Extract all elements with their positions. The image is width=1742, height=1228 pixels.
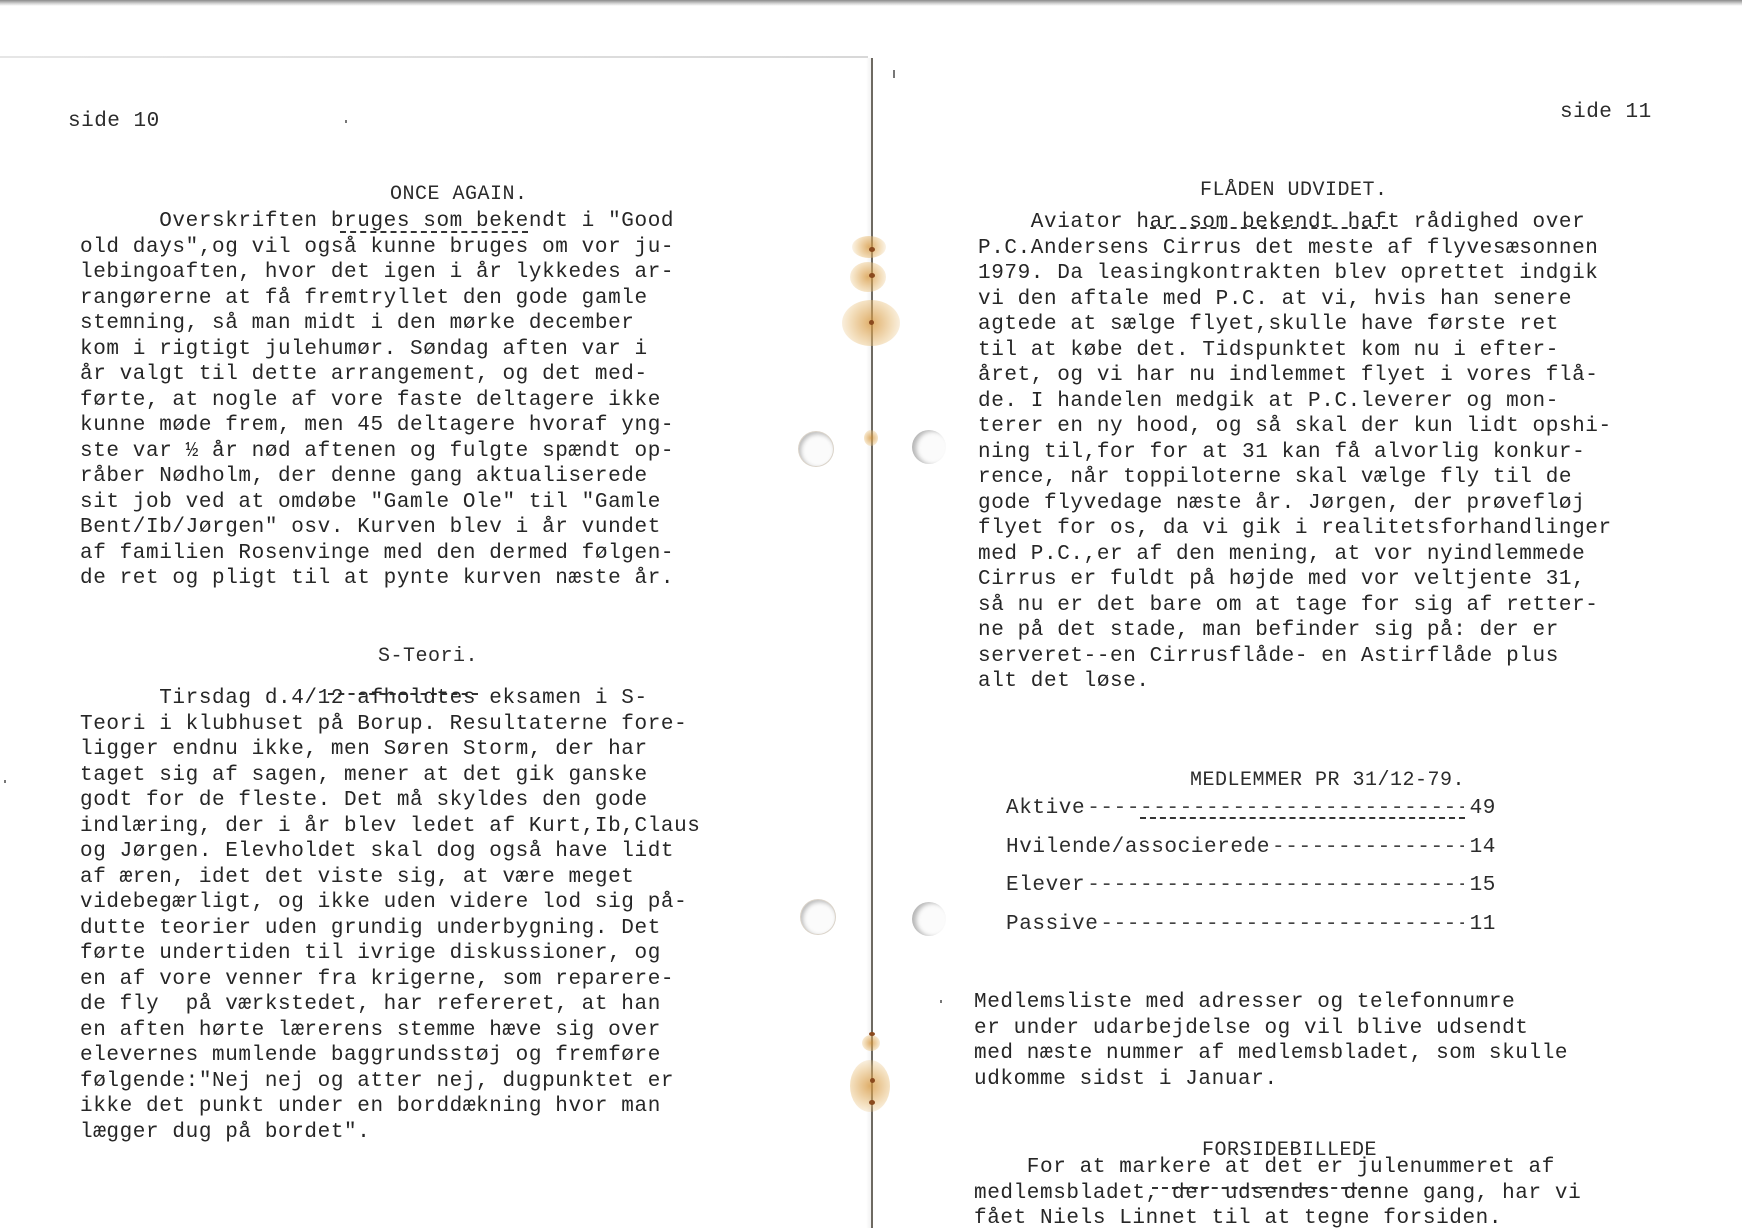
text-line: førte, at nogle af vore faste deltagere … [80,388,674,414]
punch-hole [801,900,835,934]
text-line: elevernes mumlende baggrundsstøj og frem… [80,1043,701,1069]
rust-stain [862,1035,880,1051]
member-row: Elever----------------------------------… [1006,867,1496,906]
staple-rust [869,320,874,325]
text-line: terer en ny hood, og så skal der kun lid… [978,414,1612,440]
text-line: vi den aftale med P.C. at vi, hvis han s… [978,287,1612,313]
dust-speck [940,1000,942,1003]
text-line: alt det løse. [978,669,1612,695]
text-line: medlemsbladet, der udsendes denne gang, … [974,1181,1581,1207]
text-line: de. I handelen medgik at P.C.leverer og … [978,389,1612,415]
text-line: flyet for os, da vi gik i realitetsforha… [978,516,1612,542]
text-line: ikke det punkt under en borddækning hvor… [80,1094,701,1120]
page-number: side 10 [68,110,160,133]
leader-dashes: ----------------------------------------… [1272,829,1464,868]
text-line: og Jørgen. Elevholdet skal dog også have… [80,839,701,865]
member-count: 14 [1470,829,1496,868]
text-line: en aften hørte lærerens stemme hæve sig … [80,1018,701,1044]
text-line: en af vore venner fra krigerne, som repa… [80,967,701,993]
text-line: udkomme sidst i Januar. [974,1067,1568,1093]
member-row: Passive---------------------------------… [1006,906,1496,945]
text-line: 1979. Da leasingkontrakten blev oprettet… [978,261,1612,287]
text-line: år valgt til dette arrangement, og det m… [80,362,674,388]
text-line: old days",og vil også kunne bruges om vo… [80,235,674,261]
text-line: året, og vi har nu indlemmet flyet i vor… [978,363,1612,389]
article-body: Medlemsliste med adresser og telefonnumr… [974,990,1568,1092]
left-page-top-edge [0,56,868,58]
leader-dashes: ----------------------------------------… [1087,867,1463,906]
text-line: kom i rigtigt julehumør. Søndag aften va… [80,337,674,363]
text-line: med næste nummer af medlemsbladet, som s… [974,1041,1568,1067]
text-line: Overskriften bruges som bekendt i "Good [80,209,674,235]
heading-text: ONCE AGAIN. [390,183,528,206]
text-line: stemning, så man midt i den mørke decemb… [80,311,674,337]
text-line: de ret og pligt til at pynte kurven næst… [80,566,674,592]
dust-speck [345,120,347,123]
article-body: For at markere at det er julenummeret af… [974,1155,1581,1228]
staple-rust [869,1032,875,1036]
rust-stain [864,430,878,446]
dust-speck [893,70,895,78]
member-row: Aktive----------------------------------… [1006,790,1496,829]
staple-rust [869,247,875,252]
punch-hole [799,432,833,466]
text-line: til at købe det. Tidspunktet kom nu i ef… [978,338,1612,364]
member-category: Hvilende/associerede [1006,829,1270,868]
booklet-spine [871,58,873,1228]
text-line: rence, når toppiloterne skal vælge fly t… [978,465,1612,491]
text-line: Tirsdag d.4/12 afholdtes eksamen i S- [80,686,701,712]
text-line: Aviator har som bekendt haft rådighed ov… [978,210,1612,236]
staple-rust [869,1100,875,1105]
member-count: 15 [1470,867,1496,906]
article-body: Aviator har som bekendt haft rådighed ov… [978,210,1612,695]
text-line: ning til,for for at 31 kan få alvorlig k… [978,440,1612,466]
text-line: Teori i klubhuset på Borup. Resultaterne… [80,712,701,738]
text-line: gode flyvedage næste år. Jørgen, der prø… [978,491,1612,517]
text-line: sit job ved at omdøbe "Gamle Ole" til "G… [80,490,674,516]
text-line: Cirrus er fuldt på højde med vor veltjen… [978,567,1612,593]
text-line: ne på det stade, man befinder sig på: de… [978,618,1612,644]
heading-text: MEDLEMMER PR 31/12-79. [1190,769,1465,792]
text-line: serveret--en Cirrusflåde- en Astirflåde … [978,644,1612,670]
text-line: med P.C.,er af den mening, at vor nyindl… [978,542,1612,568]
dust-speck [4,780,6,783]
text-line: så nu er det bare om at tage for sig af … [978,593,1612,619]
leader-dashes: ----------------------------------------… [1100,906,1463,945]
staple-rust [870,1078,875,1083]
member-category: Passive [1006,906,1098,945]
text-line: videbegærligt, og ikke uden videre lod s… [80,890,701,916]
text-line: følgende:"Nej nej og atter nej, dugpunkt… [80,1069,701,1095]
text-line: P.C.Andersens Cirrus det meste af flyves… [978,236,1612,262]
text-line: taget sig af sagen, mener at det gik gan… [80,763,701,789]
text-line: råber Nødholm, der denne gang aktualiser… [80,464,674,490]
article-body: Overskriften bruges som bekendt i "Goodo… [80,209,674,592]
punch-hole [912,430,946,464]
text-line: For at markere at det er julenummeret af [974,1155,1581,1181]
text-line: lægger dug på bordet". [80,1120,701,1146]
leader-dashes: ----------------------------------------… [1087,790,1463,829]
text-line: Bent/Ib/Jørgen" osv. Kurven blev i år vu… [80,515,674,541]
member-count: 49 [1470,790,1496,829]
rust-stain [850,262,886,292]
scan-top-shadow [0,0,1742,6]
text-line: førte undertiden til ivrige diskussioner… [80,941,701,967]
text-line: indlæring, der i år blev ledet af Kurt,I… [80,814,701,840]
heading-text: S-Teori. [378,645,478,668]
member-category: Aktive [1006,790,1085,829]
member-count: 11 [1470,906,1496,945]
text-line: fået Niels Linnet til at tegne forsiden. [974,1206,1581,1228]
text-line: kunne møde frem, men 45 deltagere hvoraf… [80,413,674,439]
text-line: af familien Rosenvinge med den dermed fø… [80,541,674,567]
text-line: de fly på værkstedet, har refereret, at … [80,992,701,1018]
text-line: agtede at sælge flyet,skulle have første… [978,312,1612,338]
text-line: dutte teorier uden grundig underbygning.… [80,916,701,942]
member-row: Hvilende/associerede--------------------… [1006,829,1496,868]
article-body: Tirsdag d.4/12 afholdtes eksamen i S-Teo… [80,686,701,1145]
text-line: er under udarbejdelse og vil blive udsen… [974,1016,1568,1042]
text-line: Medlemsliste med adresser og telefonnumr… [974,990,1568,1016]
text-line: af æren, idet det viste sig, at være meg… [80,865,701,891]
text-line: godt for de fleste. Det må skyldes den g… [80,788,701,814]
text-line: rangørerne at få fremtryllet den gode ga… [80,286,674,312]
text-line: ste var ½ år nød aftenen og fulgte spænd… [80,439,674,465]
punch-hole [912,902,946,936]
text-line: lebingoaften, hvor det igen i år lykkede… [80,260,674,286]
text-line: ligger endnu ikke, men Søren Storm, der … [80,737,701,763]
staple-rust [869,273,875,278]
heading-text: FLÅDEN UDVIDET. [1200,179,1388,202]
member-category: Elever [1006,867,1085,906]
page-number: side 11 [1560,101,1652,124]
members-table: Aktive----------------------------------… [1006,790,1496,944]
